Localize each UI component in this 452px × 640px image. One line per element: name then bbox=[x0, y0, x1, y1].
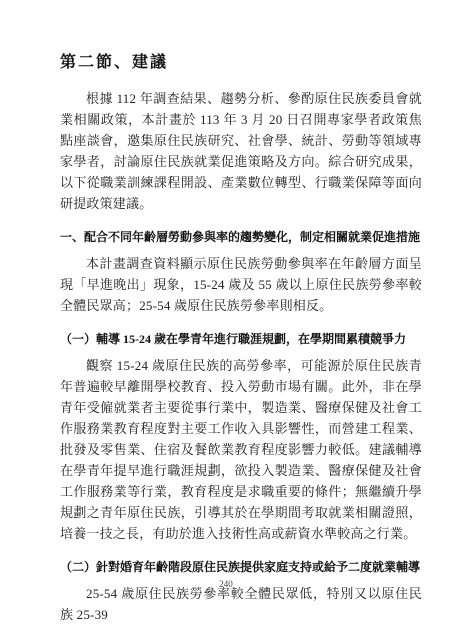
page-number: 240 bbox=[0, 578, 452, 590]
intro-paragraph: 根據 112 年調查結果、趨勢分析、參酌原住民族委員會就業相關政策，本計畫於 1… bbox=[60, 88, 422, 214]
point1-paragraph: 本計畫調查資料顯示原住民族勞動參與率在年齡層方面呈現「早進晚出」現象，15-24… bbox=[60, 253, 422, 316]
section-title: 第二節、建議 bbox=[60, 52, 422, 73]
point1-sub1-heading: （一）輔導 15-24 歲在學青年進行職涯規劃，在學期間累積競爭力 bbox=[60, 329, 422, 350]
point1-sub1-paragraph: 觀察 15-24 歲原住民族的高勞參率，可能源於原住民族青年普遍較早離開學校教育… bbox=[60, 355, 422, 544]
point1-heading: 一、配合不同年齡層勞動參與率的趨勢變化，制定相關就業促進措施 bbox=[60, 227, 422, 248]
point1-sub2-heading: （二）針對婚育年齡階段原住民族提供家庭支持或給予二度就業輔導 bbox=[60, 557, 422, 578]
document-page: 第二節、建議 根據 112 年調查結果、趨勢分析、參酌原住民族委員會就業相關政策… bbox=[0, 0, 452, 640]
